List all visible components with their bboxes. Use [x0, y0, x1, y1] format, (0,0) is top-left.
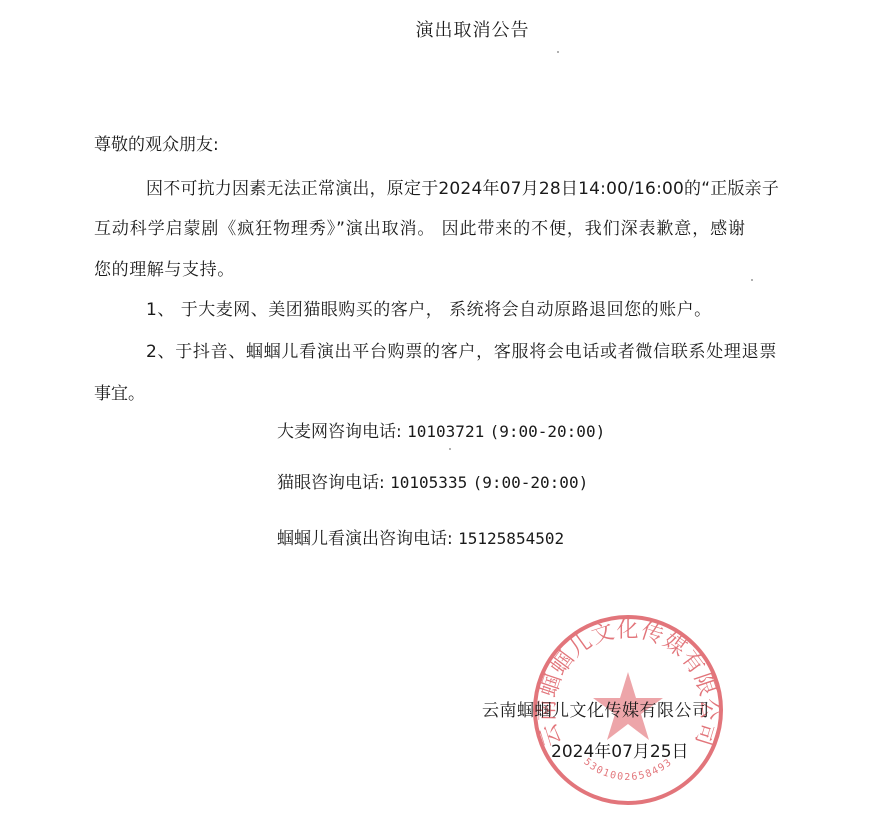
contact-label: 大麦网咨询电话: — [277, 422, 402, 442]
contact-label: 猫眼咨询电话: — [277, 473, 385, 493]
paragraph-1-line-2: 互动科学启蒙剧《疯狂物理秀》”演出取消。 因此带来的不便，我们深表歉意，感谢 — [94, 218, 746, 240]
list-item-2-line-1: 2、于抖音、蝈蝈儿看演出平台购票的客户，客服将会电话或者微信联系处理退票 — [146, 341, 777, 363]
paragraph-1-line-3: 您的理解与支持。 — [94, 259, 235, 281]
scan-speck — [751, 279, 753, 281]
contact-number: 15125854502 — [458, 529, 564, 548]
document-page: 演出取消公告 尊敬的观众朋友: 因不可抗力因素无法正常演出，原定于2024年07… — [0, 0, 881, 836]
scan-speck — [449, 448, 451, 450]
page-title: 演出取消公告 — [0, 16, 881, 42]
contact-label: 蝈蝈儿看演出咨询电话: — [277, 529, 453, 549]
contact-hours: (9:00-20:00) — [490, 422, 606, 441]
contact-number: 10103721 — [407, 422, 484, 441]
paragraph-1-line-1: 因不可抗力因素无法正常演出，原定于2024年07月28日14:00/16:00的… — [146, 178, 779, 200]
scan-speck — [557, 51, 559, 53]
greeting: 尊敬的观众朋友: — [94, 134, 219, 156]
contact-number: 10105335 — [390, 473, 467, 492]
contact-damai: 大麦网咨询电话: 10103721 (9:00-20:00) — [277, 421, 605, 443]
contact-hours: (9:00-20:00) — [473, 473, 589, 492]
list-item-2-line-2: 事宜。 — [94, 383, 145, 405]
company-signature: 云南蝈蝈儿文化传媒有限公司 — [482, 696, 710, 721]
contact-guoguoer: 蝈蝈儿看演出咨询电话: 15125854502 — [277, 528, 564, 550]
list-item-1: 1、 于大麦网、美团猫眼购买的客户， 系统将会自动原路退回您的账户。 — [146, 299, 712, 321]
contact-maoyan: 猫眼咨询电话: 10105335 (9:00-20:00) — [277, 472, 588, 494]
signature-date: 2024年07月25日 — [551, 737, 689, 762]
